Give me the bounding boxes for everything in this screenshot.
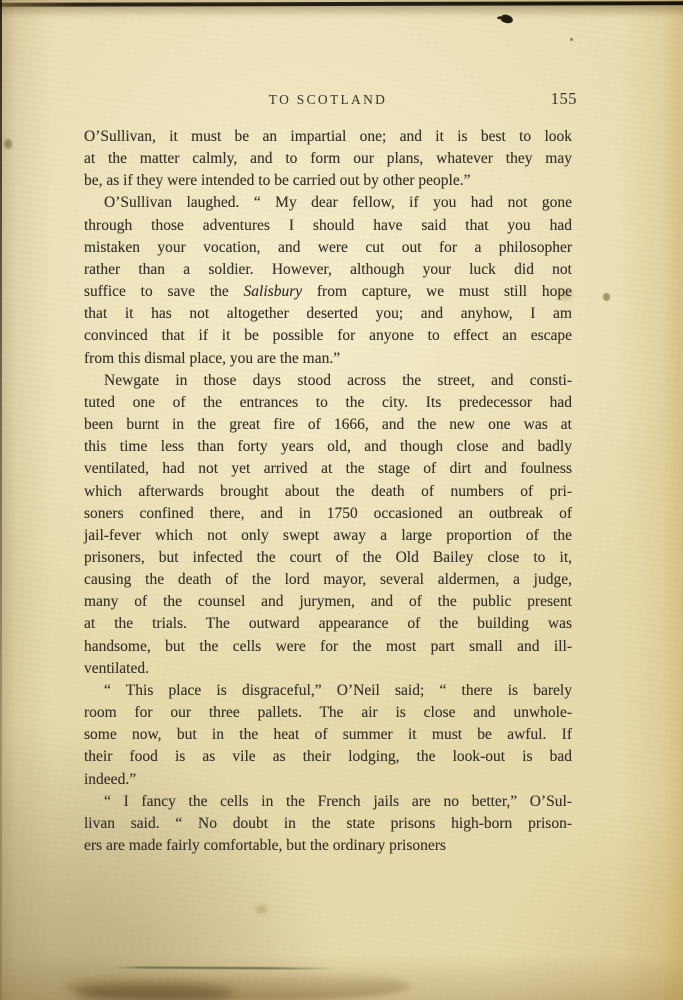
scanned-page: TO SCOTLAND 155 O’Sullivan, it must be a… <box>0 0 683 1000</box>
text-line: convinced that if it be possible for any… <box>84 325 572 347</box>
page-top-edge-shadow <box>0 6 683 16</box>
running-title: TO SCOTLAND <box>84 92 572 108</box>
foxing-dot-bottom <box>256 905 267 914</box>
text-line: O’Sullivan, it must be an impartial one;… <box>84 126 572 148</box>
text-line: ventilated, had not yet arrived at the s… <box>84 458 572 480</box>
text-line: be, as if they were intended to be carri… <box>84 170 572 192</box>
text-line: ers are made fairly comfortable, but the… <box>84 835 572 857</box>
text-line: been burnt in the great fire of 1666, an… <box>84 414 572 436</box>
text-line: their food is as vile as their lodging, … <box>84 746 572 768</box>
foxing-spot-left <box>4 139 12 149</box>
text-line: ventilated. <box>84 658 572 680</box>
text-line: soners confined there, and in 1750 occas… <box>84 503 572 525</box>
text-line: handsome, but the cells were for the mos… <box>84 636 572 658</box>
text-line: rather than a soldier. However, although… <box>84 259 572 281</box>
page-body: O’Sullivan, it must be an impartial one;… <box>84 126 572 857</box>
text-line: mistaken your vocation, and were cut out… <box>84 237 572 259</box>
text-line: room for our three pallets. The air is c… <box>84 702 572 724</box>
text-line: jail-fever which not only swept away a l… <box>84 525 572 547</box>
foxing-spot-right <box>603 293 610 301</box>
text-line: from this dismal place, you are the man.… <box>84 348 572 370</box>
text-line: livan said. “ No doubt in the state pris… <box>84 813 572 835</box>
text-line: “ I fancy the cells in the French jails … <box>84 791 572 813</box>
text-line: indeed.” <box>84 769 572 791</box>
text-line: through those adventures I should have s… <box>84 215 572 237</box>
bottom-scratch-line <box>112 966 336 969</box>
text-line: at the trials. The outward appearance of… <box>84 613 572 635</box>
page-left-edge-line <box>0 0 2 1000</box>
text-line: “ This place is disgraceful,” O’Neil sai… <box>84 680 572 702</box>
text-line: tuted one of the entrances to the city. … <box>84 392 572 414</box>
text-line: some now, but in the heat of summer it m… <box>84 724 572 746</box>
text-line: many of the counsel and jurymen, and of … <box>84 591 572 613</box>
text-column: TO SCOTLAND 155 O’Sullivan, it must be a… <box>84 92 572 857</box>
text-line: that it has not altogether deserted you;… <box>84 303 572 325</box>
text-line: O’Sullivan laughed. “ My dear fellow, if… <box>84 192 572 214</box>
foxing-dot-top-right <box>570 38 573 41</box>
text-line: Newgate in those days stood across the s… <box>84 370 572 392</box>
text-line: which afterwards brought about the death… <box>84 481 572 503</box>
text-line: causing the death of the lord mayor, sev… <box>84 569 572 591</box>
bottom-smudge-dark-core <box>74 983 234 1000</box>
text-line: suffice to save the Salisbury from captu… <box>84 281 572 303</box>
text-line: prisoners, but infected the court of the… <box>84 547 572 569</box>
page-header: TO SCOTLAND 155 <box>84 92 572 112</box>
page-number: 155 <box>551 89 577 109</box>
text-line: at the matter calmly, and to form our pl… <box>84 148 572 170</box>
text-line: this time less than forty years old, and… <box>84 436 572 458</box>
